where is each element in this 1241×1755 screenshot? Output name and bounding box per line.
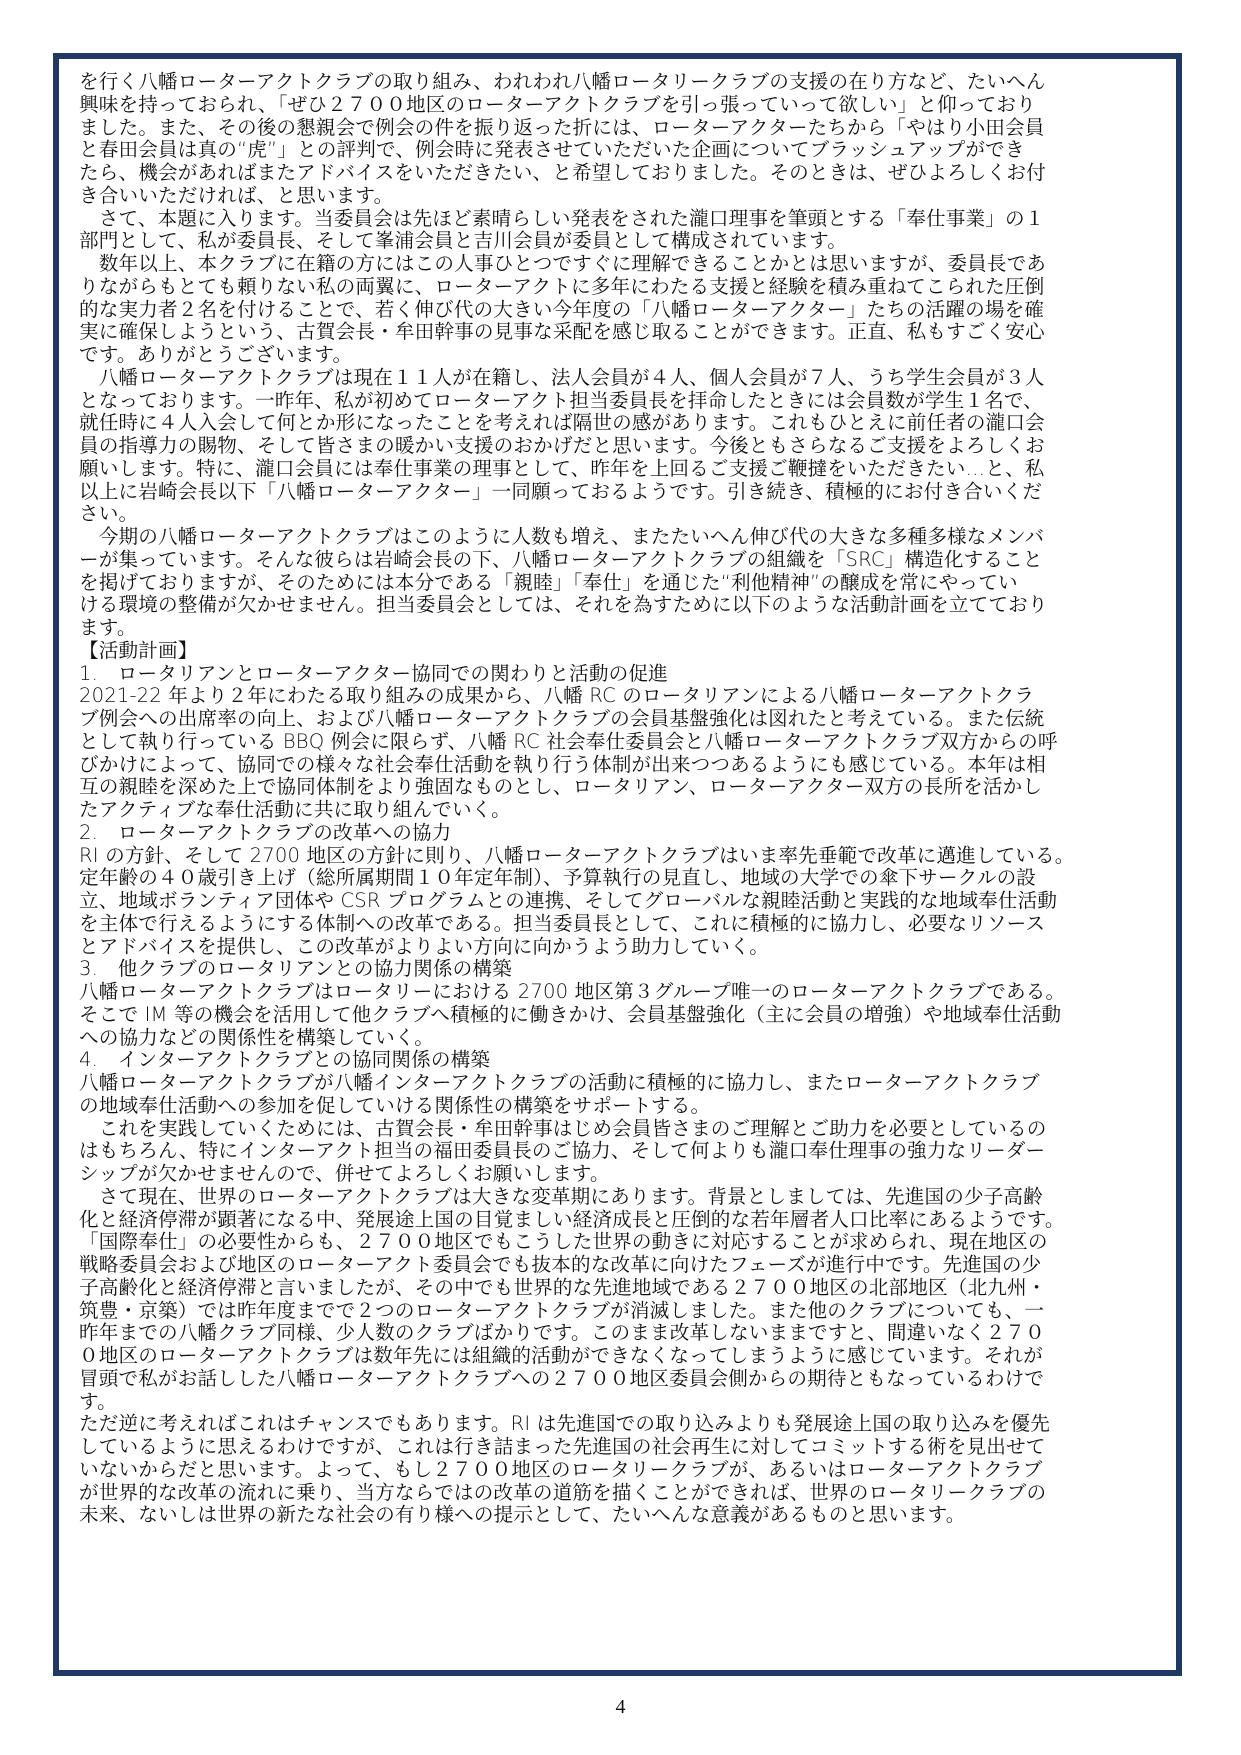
text-line: 立、地域ボランティア団体や CSR プログラムとの連携、そしてグローバルな親睦活… <box>79 890 1163 913</box>
text-line: す。 <box>79 1391 1163 1414</box>
text-line: 戦略委員会および地区のローターアクト委員会でも抜本的な改革に向けたフェーズが進行… <box>79 1254 1163 1277</box>
text-line: として執り行っている BBQ 例会に限らず、八幡 RC 社会奉仕委員会と八幡ロー… <box>79 731 1163 754</box>
text-line: 互の親睦を深めた上で協同体制をより強固なものとし、ロータリアン、ローターアクター… <box>79 776 1163 799</box>
text-line: いないからだと思います。よって、もし２７００地区のロータリークラブが、あるいはロ… <box>79 1459 1163 1482</box>
text-line: ける環境の整備が欠かせません。担当委員会としては、それを為すために以下のような活… <box>79 594 1163 617</box>
text-line: ーが集っています。そんな彼らは岩崎会長の下、八幡ローターアクトクラブの組織を「S… <box>79 549 1163 572</box>
text-line: 子高齢化と経済停滞と言いましたが、その中でも世界的な先進地域である２７００地区の… <box>79 1277 1163 1300</box>
text-line: 未来、ないしは世界の新たな社会の有り様への提示として、たいへんな意義があるものと… <box>79 1504 1163 1527</box>
text-line: RI の方針、そして 2700 地区の方針に則り、八幡ローターアクトクラブはいま… <box>79 845 1163 868</box>
page-border-frame: を行く八幡ローターアクトクラブの取り組み、われわれ八幡ロータリークラブの支援の在… <box>53 53 1182 1676</box>
text-line: 3. 他クラブのロータリアンとの協力関係の構築 <box>79 958 1163 981</box>
text-line: ただ逆に考えればこれはチャンスでもあります。RI は先進国での取り込みよりも発展… <box>79 1413 1163 1436</box>
text-line: 実に確保しようという、古賀会長・牟田幹事の見事な采配を感じ取ることができます。正… <box>79 321 1163 344</box>
text-line: 定年齢の４０歳引き上げ（総所属期間１０年定年制）、予算執行の見直し、地域の大学で… <box>79 867 1163 890</box>
text-line: たら、機会があればまたアドバイスをいただきたい、と希望しておりました。そのときは… <box>79 162 1163 185</box>
text-line: 「国際奉仕」の必要性からも、２７００地区でもこうした世界の動きに対応することが求… <box>79 1231 1163 1254</box>
text-line: さて現在、世界のローターアクトクラブは大きな変革期にあります。背景としましては、… <box>79 1186 1163 1209</box>
text-line: 員の指導力の賜物、そして皆さまの暖かい支援のおかげだと思います。今後ともさらなる… <box>79 435 1163 458</box>
text-line: 2021-22 年より２年にわたる取り組みの成果から、八幡 RC のロータリアン… <box>79 685 1163 708</box>
text-line: 八幡ローターアクトクラブはロータリーにおける 2700 地区第３グループ唯一のロ… <box>79 981 1163 1004</box>
text-line: 【活動計画】 <box>79 640 1163 663</box>
text-line: 今期の八幡ローターアクトクラブはこのように人数も増え、またたいへん伸び代の大きな… <box>79 526 1163 549</box>
text-line: です。ありがとうございます。 <box>79 344 1163 367</box>
text-line: 1. ロータリアンとローターアクター協同での関わりと活動の促進 <box>79 663 1163 686</box>
text-line: たアクティブな奉仕活動に共に取り組んでいく。 <box>79 799 1163 822</box>
text-line: 興味を持っておられ、「ぜひ２７００地区のローターアクトクラブを引っ張っていって欲… <box>79 94 1163 117</box>
text-line: りながらもとても頼りない私の両翼に、ローターアクトに多年にわたる支援と経験を積み… <box>79 276 1163 299</box>
text-line: と春田会員は真の“虎”」との評判で、例会時に発表させていただいた企画についてブラ… <box>79 139 1163 162</box>
text-line: ブ例会への出席率の向上、および八幡ローターアクトクラブの会員基盤強化は図れたと考… <box>79 708 1163 731</box>
text-line: ます。 <box>79 617 1163 640</box>
text-line: 冒頭で私がお話しした八幡ローターアクトクラブへの２７００地区委員会側からの期待と… <box>79 1368 1163 1391</box>
text-line: さて、本題に入ります。当委員会は先ほど素晴らしい発表をされた瀧口理事を筆頭とする… <box>79 208 1163 231</box>
text-line: シップが欠かせませんので、併せてよろしくお願いします。 <box>79 1163 1163 1186</box>
text-line: そこで IM 等の機会を活用して他クラブへ積極的に働きかけ、会員基盤強化（主に会… <box>79 1004 1163 1027</box>
text-line: となっております。一昨年、私が初めてローターアクト担当委員長を拝命したときには会… <box>79 390 1163 413</box>
text-line: とアドバイスを提供し、この改革がよりよい方向に向かうよう助力していく。 <box>79 936 1163 959</box>
text-line: 4. インターアクトクラブとの協同関係の構築 <box>79 1049 1163 1072</box>
text-line: びかけによって、協同での様々な社会奉仕活動を執り行う体制が出来つつあるようにも感… <box>79 754 1163 777</box>
text-line: ました。また、その後の懇親会で例会の件を振り返った折には、ローターアクターたちか… <box>79 117 1163 140</box>
page-number: 4 <box>0 1696 1241 1719</box>
article-body: を行く八幡ローターアクトクラブの取り組み、われわれ八幡ロータリークラブの支援の在… <box>79 71 1163 1527</box>
text-line: を主体で行えるようにする体制への改革である。担当委員長として、これに積極的に協力… <box>79 913 1163 936</box>
text-line: はもちろん、特にインターアクト担当の福田委員長のご協力、そして何よりも瀧口奉仕理… <box>79 1140 1163 1163</box>
text-line: 八幡ローターアクトクラブが八幡インターアクトクラブの活動に積極的に協力し、またロ… <box>79 1072 1163 1095</box>
text-line: 2. ローターアクトクラブの改革への協力 <box>79 822 1163 845</box>
text-line: 筑豊・京築）では昨年度までで２つのローターアクトクラブが消滅しました。また他のク… <box>79 1300 1163 1323</box>
text-line: これを実践していくためには、古賀会長・牟田幹事はじめ会員皆さまのご理解とご助力を… <box>79 1118 1163 1141</box>
text-line: 以上に岩崎会長以下「八幡ローターアクター」一同願っておるようです。引き続き、積極… <box>79 481 1163 504</box>
text-line: 願いします。特に、瀧口会員には奉仕事業の理事として、昨年を上回るご支援ご鞭撻をい… <box>79 458 1163 481</box>
text-line: を掲げておりますが、そのためには本分である「親睦」「奉仕」を通じた“利他精神”の… <box>79 572 1163 595</box>
text-line: 数年以上、本クラブに在籍の方にはこの人事ひとつですぐに理解できることかとは思いま… <box>79 253 1163 276</box>
text-line: への協力などの関係性を構築していく。 <box>79 1027 1163 1050</box>
text-line: き合いいただければ、と思います。 <box>79 185 1163 208</box>
text-line: 就任時に４人入会して何とか形になったことを考えれば隔世の感があります。これもひと… <box>79 412 1163 435</box>
text-line: 部門として、私が委員長、そして峯浦会員と吉川会員が委員として構成されています。 <box>79 230 1163 253</box>
text-line: が世界的な改革の流れに乗り、当方ならではの改革の道筋を描くことができれば、世界の… <box>79 1482 1163 1505</box>
text-line: ０地区のローターアクトクラブは数年先には組織的活動ができなくなってしまうように感… <box>79 1345 1163 1368</box>
text-line: の地域奉仕活動への参加を促していける関係性の構築をサポートする。 <box>79 1095 1163 1118</box>
text-line: 昨年までの八幡クラブ同様、少人数のクラブばかりです。このまま改革しないままですと… <box>79 1322 1163 1345</box>
text-line: 八幡ローターアクトクラブは現在１１人が在籍し、法人会員が４人、個人会員が７人、う… <box>79 367 1163 390</box>
text-line: しているように思えるわけですが、これは行き詰まった先進国の社会再生に対してコミッ… <box>79 1436 1163 1459</box>
text-line: 化と経済停滞が顕著になる中、発展途上国の目覚ましい経済成長と圧倒的な若年層者人口… <box>79 1209 1163 1232</box>
text-line: さい。 <box>79 503 1163 526</box>
text-line: 的な実力者２名を付けることで、若く伸び代の大きい今年度の「八幡ローターアクター」… <box>79 299 1163 322</box>
text-line: を行く八幡ローターアクトクラブの取り組み、われわれ八幡ロータリークラブの支援の在… <box>79 71 1163 94</box>
